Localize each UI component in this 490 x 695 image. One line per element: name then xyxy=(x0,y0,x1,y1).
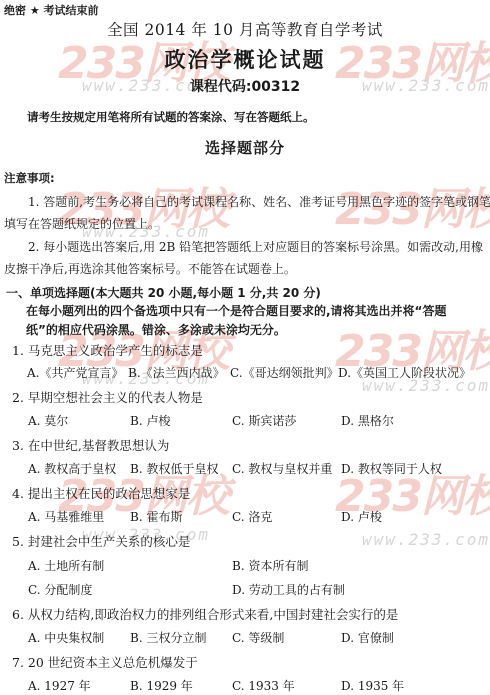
note-line: 1. 答题前,考生务必将自己的考试课程名称、姓名、准考证号用黑色字迹的签字笔或钢… xyxy=(28,193,490,210)
question-stem: 2. 早期空想社会主义的代表人物是 xyxy=(12,388,203,406)
watermark-url: www.233.com xyxy=(362,530,490,549)
option-d: D.《英国工人阶段状况》 xyxy=(338,364,471,381)
question-stem: 4. 提出主权在民的政治思想家是 xyxy=(12,484,190,502)
question-stem: 6. 从权力结构,即政治权力的排列组合形式来看,中国封建社会实行的是 xyxy=(12,605,398,623)
option-b: B. 三权分立制 xyxy=(130,629,206,646)
question-stem: 7. 20 世纪资本主义总危机爆发于 xyxy=(12,653,198,671)
question-stem: 1. 马克思主义政治学产生的标志是 xyxy=(12,341,203,359)
option-c: C. 分配制度 xyxy=(28,581,92,598)
option-d: D. 黑格尔 xyxy=(341,412,394,429)
option-a: A. 土地所有制 xyxy=(28,557,104,574)
notes-heading: 注意事项: xyxy=(4,170,55,186)
option-b: B. 霍布斯 xyxy=(130,508,182,525)
note-line: 2. 每小题选出答案后,用 2B 铅笔把答题纸上对应题目的答案标号涂黑。如需改动… xyxy=(28,238,483,255)
note-line: 皮擦干净后,再选涂其他答案标号。不能答在试题卷上。 xyxy=(4,260,296,277)
option-a: A. 莫尔 xyxy=(28,412,68,429)
option-c: C. 洛克 xyxy=(232,508,272,525)
part-title: 选择题部分 xyxy=(0,137,490,158)
question-stem: 5. 封建社会中生产关系的核心是 xyxy=(12,532,190,550)
option-a: A. 中央集权制 xyxy=(28,629,104,646)
option-b: B. 卢梭 xyxy=(130,412,170,429)
confidentiality-label: 绝密 ★ 考试结束前 xyxy=(4,2,99,18)
section-desc: 纸”的相应代码涂黑。错涂、多涂或未涂均无分。 xyxy=(26,321,286,338)
section-title: 一、单项选择题(本大题共 20 小题,每小题 1 分,共 20 分) xyxy=(6,284,321,301)
subject-title: 政治学概论试题 xyxy=(0,44,490,74)
option-c: C. 等级制 xyxy=(232,629,284,646)
exam-title: 全国 2014 年 10 月高等教育自学考试 xyxy=(0,18,490,40)
option-b: B. 1929 年 xyxy=(130,677,193,694)
option-c: C. 教权与皇权并重 xyxy=(232,460,332,477)
option-d: D. 1935 年 xyxy=(341,677,404,694)
option-b: B. 教权低于皇权 xyxy=(130,460,218,477)
answer-instruction: 请考生按规定用笔将所有试题的答案涂、写在答题纸上。 xyxy=(27,109,315,125)
course-code: 课程代码:00312 xyxy=(0,76,490,96)
option-d: D. 官僚制 xyxy=(341,629,394,646)
option-c: C. 斯宾诺莎 xyxy=(232,412,296,429)
option-a: A. 马基雅维里 xyxy=(28,508,104,525)
section-desc: 在每小题列出的四个备选项中只有一个是符合题目要求的,请将其选出并将“答题 xyxy=(26,302,446,319)
note-line: 填写在答题纸规定的位置上。 xyxy=(4,215,160,232)
question-stem: 3. 在中世纪,基督教思想认为 xyxy=(12,436,169,454)
option-a: A.《共产党宣言》 xyxy=(27,364,123,381)
option-b: B. 资本所有制 xyxy=(232,557,308,574)
option-d: D. 劳动工具的占有制 xyxy=(232,581,345,598)
exam-page: 233网校 233网校 www.233.com www.233.com 233网… xyxy=(0,0,490,695)
option-d: D. 卢梭 xyxy=(341,508,382,525)
option-c: C. 1933 年 xyxy=(232,677,295,694)
option-d: D. 教权等同于人权 xyxy=(341,460,442,477)
option-a: A. 1927 年 xyxy=(28,677,91,694)
option-b: B.《法兰西内战》 xyxy=(128,364,225,381)
option-c: C.《哥达纲领批判》 xyxy=(230,364,339,381)
option-a: A. 教权高于皇权 xyxy=(28,460,116,477)
